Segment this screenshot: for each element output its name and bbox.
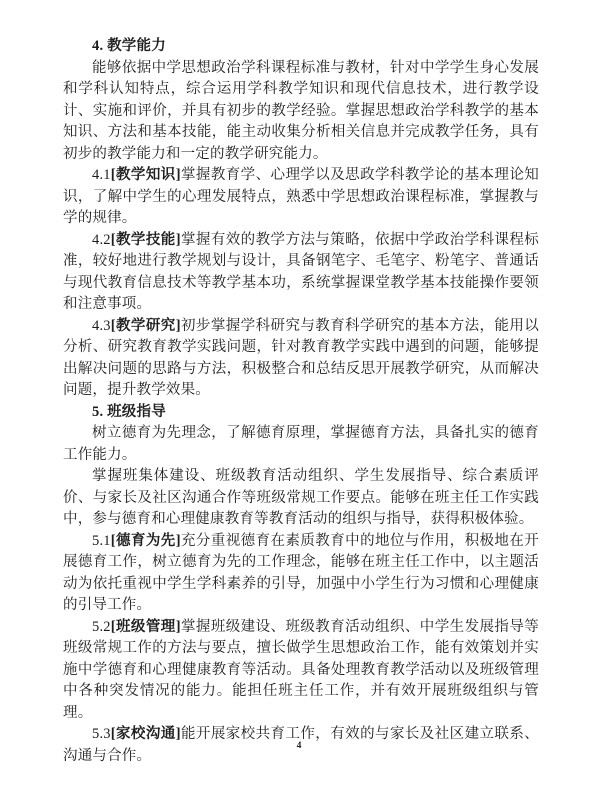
- page-footer: 4: [0, 741, 598, 751]
- item-number: 5.1: [92, 533, 111, 549]
- item-number: 5.3: [92, 726, 111, 742]
- item-number: 5.2: [92, 619, 111, 635]
- item-tag: [德育为先]: [111, 533, 181, 549]
- section-heading-5: 5. 班级指导: [63, 402, 539, 424]
- item-number: 4.3: [92, 318, 111, 334]
- item-4-3-paragraph: 4.3[教学研究]初步掌握学科研究与教育科学研究的基本方法，能用以分析、研究教育…: [63, 316, 539, 402]
- section-heading-4: 4. 教学能力: [63, 36, 539, 58]
- item-tag: [教学研究]: [111, 318, 181, 334]
- item-number: 4.1: [92, 167, 111, 183]
- item-number: 4.2: [92, 232, 111, 248]
- section-4-intro-paragraph: 能够依据中学思想政治学科课程标准与教材，针对中学学生身心发展和学科认知特点，综合…: [63, 58, 539, 166]
- item-tag: [教学技能]: [111, 232, 181, 248]
- item-tag: [班级管理]: [111, 619, 181, 635]
- item-5-2-paragraph: 5.2[班级管理]掌握班级建设、班级教育活动组织、中学生发展指导等班级常规工作的…: [63, 617, 539, 725]
- item-4-2-paragraph: 4.2[教学技能]掌握有效的教学方法与策略，依据中学政治学科课程标准，较好地进行…: [63, 230, 539, 316]
- item-tag: [家校沟通]: [111, 726, 181, 742]
- item-4-1-paragraph: 4.1[教学知识]掌握教育学、心理学以及思政学科教学论的基本理论知识，了解中学生…: [63, 165, 539, 230]
- section-5-intro-paragraph-2: 掌握班集体建设、班级教育活动组织、学生发展指导、综合素质评价、与家长及社区沟通合…: [63, 466, 539, 531]
- item-tag: [教学知识]: [111, 167, 181, 183]
- document-page: 4. 教学能力 能够依据中学思想政治学科课程标准与教材，针对中学学生身心发展和学…: [63, 36, 539, 767]
- item-5-1-paragraph: 5.1[德育为先]充分重视德育在素质教育中的地位与作用，积极地在开展德育工作，树…: [63, 531, 539, 617]
- section-5-intro-paragraph-1: 树立德育为先理念，了解德育原理，掌握德育方法，具备扎实的德育工作能力。: [63, 423, 539, 466]
- page-number: 4: [297, 741, 302, 751]
